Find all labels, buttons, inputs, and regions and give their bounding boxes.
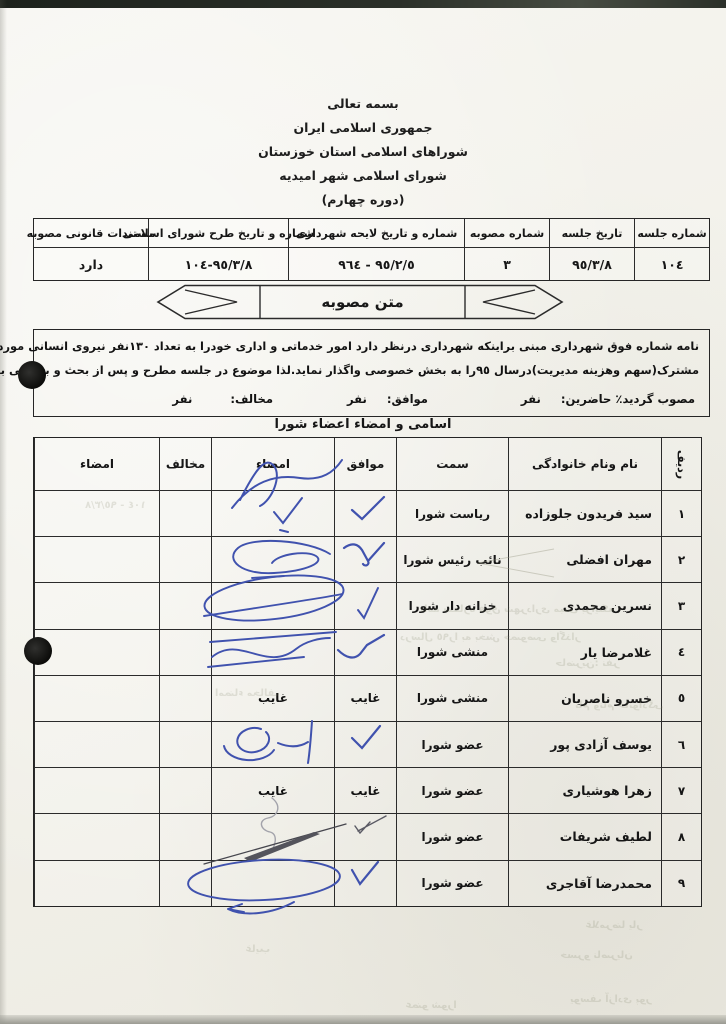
info-label-plan: شماره و تاریخ طرح شورای اسلامی [148,219,288,247]
signature2-cell [34,490,159,536]
member-position: عضو شورا [396,813,508,859]
bleedthrough-text: نامه شماره فوق شهرداری مبنی براینکه [420,604,615,615]
info-label-legal-docs: مستندات قانونی مصوبه [34,219,148,247]
row-no: ٦ [661,721,701,767]
member-name: زهرا هوشیاری [508,767,661,813]
agree-cell [334,860,396,906]
resolution-line-2: مشترک(سهم وهزینه مدیریت)درسال ٩٥را به بخ… [44,363,699,377]
bleedthrough-text: یوسف آزادی پور [570,994,651,1005]
signature2-cell [34,582,159,628]
member-position: نائب رئیس شورا [396,536,508,582]
oppose-label: مخالف: [230,392,273,406]
member-name: محمدرضا آقاجری [508,860,661,906]
member-name: مهران افضلی [508,536,661,582]
present-unit: نفر [521,392,541,406]
member-name: خسرو ناصریان [508,675,661,721]
chevron-left-icon [483,290,535,314]
signature2-cell [34,767,159,813]
bleedthrough-text: غلامرضا یار [585,920,642,931]
member-position: عضو شورا [396,860,508,906]
present-count: مصوب گردید٪ حاضرین:نفر [521,392,695,406]
banner-title: متن مصوبه [260,283,465,321]
letterhead-line-city: شورای اسلامی شهر امیدیه [0,164,726,188]
info-label-session-no: شماره جلسه [634,219,709,247]
member-name: لطیف شریفات [508,813,661,859]
signature-cell [211,629,334,675]
signature2-cell [34,860,159,906]
scan-edge-top [0,0,726,8]
col-header-signature2: امضاء [34,438,159,490]
oppose-unit: نفر [172,392,192,406]
row-no: ٨ [661,813,701,859]
info-label-bill: شماره و تاریخ لایحه شهرداری [288,219,464,247]
info-label-resolution-no: شماره مصوبه [464,219,549,247]
oppose-cell [159,490,211,536]
bleedthrough-text: عضو شورا [405,1000,457,1011]
info-value-legal-docs: دارد [34,247,148,280]
signature2-cell [34,536,159,582]
hole-punch-top [18,361,46,389]
chevron-right-icon [185,290,237,314]
col-header-signature: امضاء [211,438,334,490]
oppose-cell [159,721,211,767]
resolution-banner: متن مصوبه [155,283,565,321]
oppose-cell [159,675,211,721]
oppose-cell [159,813,211,859]
info-value-session-date: ٩٥/٣/٨ [549,247,634,280]
member-name: سید فریدون جلوزاده [508,490,661,536]
signature2-cell [34,675,159,721]
oppose-cell [159,860,211,906]
row-no: ٢ [661,536,701,582]
col-header-oppose: مخالف [159,438,211,490]
oppose-cell [159,536,211,582]
oppose-cell [159,767,211,813]
agree-cell-absent: غایب [334,767,396,813]
col-header-position: سمت [396,438,508,490]
bleedthrough-text: درسال ٩٥را به بخش خصوصی واگذار [400,632,580,643]
member-position: ریاست شورا [396,490,508,536]
agree-count: موافق:نفر [347,392,428,406]
member-name: یوسف آزادی پور [508,721,661,767]
letterhead-line-country: جمهوری اسلامی ایران [0,116,726,140]
resolution-text-box: نامه شماره فوق شهرداری مبنی براینکه شهرد… [33,329,710,417]
signature-cell [211,536,334,582]
signature2-cell [34,721,159,767]
signature-cell [211,490,334,536]
row-no: ٩ [661,860,701,906]
col-header-agree: موافق [334,438,396,490]
bleedthrough-text: غایب [245,944,270,955]
signature-cell [211,813,334,859]
oppose-cell [159,582,211,628]
col-header-name: نام ونام خانوادگی [508,438,661,490]
bleedthrough-text: خسرو ناصریان [560,950,633,961]
letterhead: بسمه تعالی جمهوری اسلامی ایران شوراهای ا… [0,92,726,212]
row-no: ١ [661,490,701,536]
bleedthrough-text: حاضرین: نفر [555,658,619,669]
member-position: عضو شورا [396,767,508,813]
resolution-line-1: نامه شماره فوق شهرداری مبنی براینکه شهرد… [44,339,699,353]
signature-cell [211,582,334,628]
member-position: منشی شورا [396,675,508,721]
session-info-table: شماره جلسه تاریخ جلسه شماره مصوبه شماره … [33,218,710,281]
row-no: ٤ [661,629,701,675]
row-no: ٣ [661,582,701,628]
info-value-resolution-no: ٣ [464,247,549,280]
info-value-plan: ٩٥/٣/٨-١٠٤ [148,247,288,280]
signature-cell-absent: غایب [211,767,334,813]
bleedthrough-text: ٩٥/٣/٨ - ١٠٤ [85,500,146,511]
info-value-bill: ٩٥/٢/٥ - ٩٦٤ [288,247,464,280]
signature-cell [211,721,334,767]
scan-edge-bottom [0,1015,726,1024]
signature2-cell [34,629,159,675]
agree-cell [334,536,396,582]
agree-cell [334,721,396,767]
oppose-count: مخالف:نفر [172,392,273,406]
agree-unit: نفر [347,392,367,406]
col-header-row-no: ردیف [661,438,701,490]
bleedthrough-text: نام ونام خانوادگی [575,700,663,711]
agree-cell [334,490,396,536]
members-section-title: اسامی و امضاء اعضاء شورا [0,417,726,432]
letterhead-line-basmala: بسمه تعالی [0,92,726,116]
agree-cell-absent: غایب [334,675,396,721]
member-position: عضو شورا [396,721,508,767]
scanned-document-page: بسمه تعالی جمهوری اسلامی ایران شوراهای ا… [0,0,726,1024]
info-label-session-date: تاریخ جلسه [549,219,634,247]
info-value-session-no: ١٠٤ [634,247,709,280]
signature2-cell [34,813,159,859]
bleedthrough-text: امضاء مخالف [215,688,280,699]
row-no: ٧ [661,767,701,813]
agree-cell [334,629,396,675]
present-label: مصوب گردید٪ حاضرین: [561,392,695,406]
letterhead-line-province: شوراهای اسلامی استان خوزستان [0,140,726,164]
oppose-cell [159,629,211,675]
row-no: ٥ [661,675,701,721]
agree-cell [334,582,396,628]
letterhead-line-term: (دوره چهارم) [0,188,726,212]
agree-label: موافق: [387,392,428,406]
hole-punch-bottom [24,637,52,665]
signature-cell [211,860,334,906]
agree-cell [334,813,396,859]
